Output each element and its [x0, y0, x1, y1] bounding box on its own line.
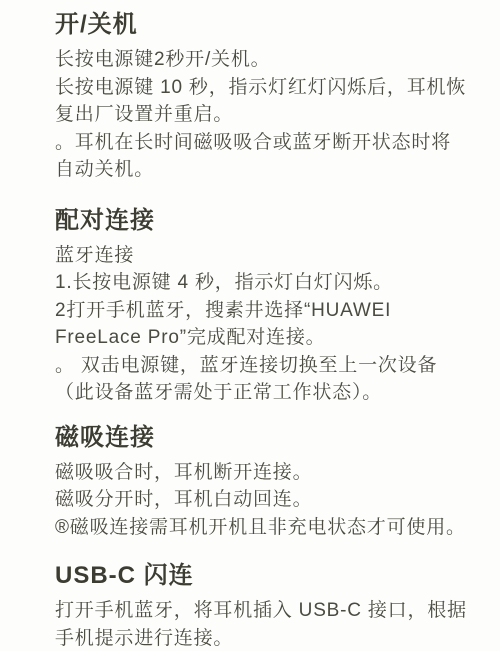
section-power-on-off: 开/关机 长按电源键2秒开/关机。 长按电源键 10 秒，指示灯红灯闪烁后，耳机… — [55, 10, 492, 184]
section-body: 长按电源键2秒开/关机。 长按电源键 10 秒，指示灯红灯闪烁后，耳机恢 复出厂… — [55, 46, 492, 184]
text-line: 自动关机。 — [55, 156, 492, 184]
text-line: 手机提示进行连接。 — [55, 625, 492, 651]
text-line: 长按电源键 10 秒，指示灯红灯闪烁后，耳机恢 — [55, 74, 492, 102]
manual-page: 开/关机 长按电源键2秒开/关机。 长按电源键 10 秒，指示灯红灯闪烁后，耳机… — [0, 0, 500, 651]
text-line: FreeLace Pro”完成配对连接。 — [55, 324, 492, 352]
section-pairing-connection: 配对连接 蓝牙连接 1.长按电源键 4 秒，指示灯白灯闪烁。 2打开手机蓝牙，搜… — [55, 206, 492, 407]
text-line: 打开手机蓝牙，将耳机插入 USB-C 接口，根据 — [55, 597, 492, 625]
text-line: 1.长按电源键 4 秒，指示灯白灯闪烁。 — [55, 269, 492, 297]
section-heading: 配对连接 — [55, 206, 492, 236]
section-usbc-flash-connect: USB-C 闪连 打开手机蓝牙，将耳机插入 USB-C 接口，根据 手机提示进行… — [55, 561, 492, 651]
text-line: 蓝牙连接 — [55, 242, 492, 270]
section-heading: USB-C 闪连 — [55, 561, 492, 591]
text-line: 2打开手机蓝牙，搜素井选择“HUAWEI — [55, 297, 492, 325]
section-body: 蓝牙连接 1.长按电源键 4 秒，指示灯白灯闪烁。 2打开手机蓝牙，搜素井选择“… — [55, 242, 492, 407]
text-line: （此设备蓝牙需处于正常工作状态）。 — [55, 379, 492, 407]
section-body: 磁吸吸合时，耳机断开连接。 磁吸分开时，耳机白动回连。 ®磁吸连接需耳机开机且非… — [55, 459, 492, 542]
section-body: 打开手机蓝牙，将耳机插入 USB-C 接口，根据 手机提示进行连接。 — [55, 597, 492, 651]
text-line: 。耳机在长时间磁吸吸合或蓝牙断开状态时将 — [55, 129, 492, 157]
text-line: 复出厂设置并重启。 — [55, 101, 492, 129]
section-heading: 磁吸连接 — [55, 423, 492, 453]
text-line: 磁吸吸合时，耳机断开连接。 — [55, 459, 492, 487]
section-heading: 开/关机 — [55, 10, 492, 40]
text-line: ®磁吸连接需耳机开机且非充电状态才可使用。 — [55, 514, 492, 542]
text-line: 磁吸分开时，耳机白动回连。 — [55, 486, 492, 514]
text-line: 。 双击电源键，蓝牙连接切换至上一次设备 — [55, 352, 492, 380]
text-line: 长按电源键2秒开/关机。 — [55, 46, 492, 74]
section-magnetic-connection: 磁吸连接 磁吸吸合时，耳机断开连接。 磁吸分开时，耳机白动回连。 ®磁吸连接需耳… — [55, 423, 492, 542]
